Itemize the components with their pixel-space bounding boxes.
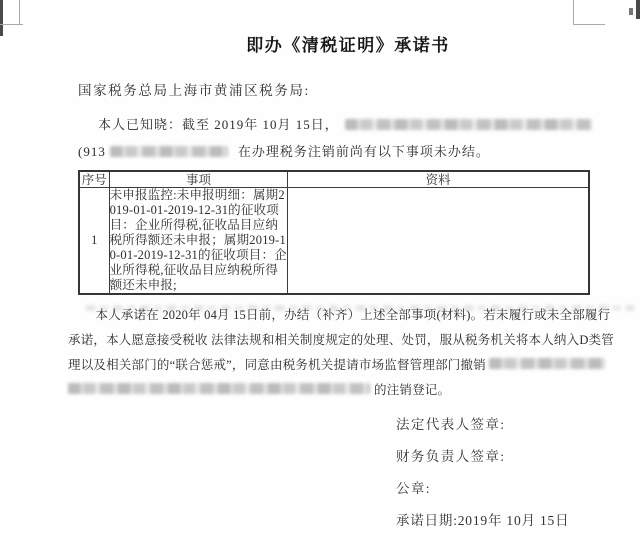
cell-item-description: 未申报监控:未申报明细：属期2019-01-01-2019-12-31的征收项目… — [109, 188, 288, 295]
commitment-date: 承诺日期:2019年 10月 15日 — [396, 513, 569, 537]
table-row: 1 未申报监控:未申报明细：属期2019-01-01-2019-12-31的征收… — [79, 188, 589, 295]
scanned-document-page: 即办《清税证明》承诺书 国家税务总局上海市黄浦区税务局: 本人已知晓：截至 20… — [0, 0, 640, 537]
official-seal-label: 公章: — [396, 481, 569, 513]
acknowledgement-line-1: 本人已知晓：截至 2019年 10月 15日， — [98, 114, 592, 133]
addressee-line: 国家税务总局上海市黄浦区税务局: — [78, 79, 310, 99]
table-header-row: 序号 事项 资料 — [79, 171, 589, 188]
pending-items-table: 序号 事项 资料 1 未申报监控:未申报明细：属期2019-01-01-2019… — [78, 170, 590, 295]
signature-block: 法定代表人签章: 财务负责人签章: 公章: 承诺日期:2019年 10月 15日 — [396, 417, 569, 537]
scan-edge-artifact-right — [636, 0, 640, 19]
finance-officer-signature-label: 财务负责人签章: — [396, 449, 569, 481]
redacted-company-name-blur-2 — [489, 358, 605, 369]
commitment-line-3-text: 理以及相关部门的“联合惩戒”，同意由税务机关提请市场监督管理部门撤销 — [68, 358, 486, 372]
cell-serial-no: 1 — [79, 188, 109, 295]
scan-edge-artifact-left — [0, 0, 3, 36]
commitment-paragraph: 本人承诺在 2020年 04月 15日前，办结（补齐）上述全部事项(材料)。若未… — [68, 303, 598, 403]
cell-material — [288, 188, 589, 295]
redacted-company-detail-blur — [68, 383, 370, 394]
acknowledgement-line-2: (913在办理税务注销前尚有以下事项未办结。 — [78, 141, 490, 160]
deregistration-text: 的注销登记。 — [374, 383, 450, 397]
header-serial-no: 序号 — [79, 171, 109, 188]
commitment-line-4: 的注销登记。 — [68, 378, 598, 403]
taxpayer-id-prefix: (913 — [78, 144, 106, 159]
legal-representative-signature-label: 法定代表人签章: — [396, 417, 569, 449]
commitment-line-1: 本人承诺在 2020年 04月 15日前，办结（补齐）上述全部事项(材料)。若未… — [68, 303, 598, 328]
redacted-company-name-blur — [345, 119, 592, 130]
commitment-line-2: 承诺，本人愿意接受税收 法律法规和相关制度规定的处理、处罚，服从税务机关将本人纳… — [68, 328, 598, 353]
header-item: 事项 — [109, 171, 288, 188]
scan-edge-artifact-dot — [629, 8, 633, 15]
pending-matters-text: 在办理税务注销前尚有以下事项未办结。 — [238, 144, 490, 159]
acknowledgement-text: 本人已知晓：截至 2019年 10月 15日， — [98, 117, 339, 132]
redacted-taxpayer-id-blur — [110, 146, 228, 157]
commitment-line-3: 理以及相关部门的“联合惩戒”，同意由税务机关提请市场监督管理部门撤销 — [68, 353, 598, 378]
header-material: 资料 — [288, 171, 589, 188]
document-title: 即办《清税证明》承诺书 — [60, 31, 636, 56]
